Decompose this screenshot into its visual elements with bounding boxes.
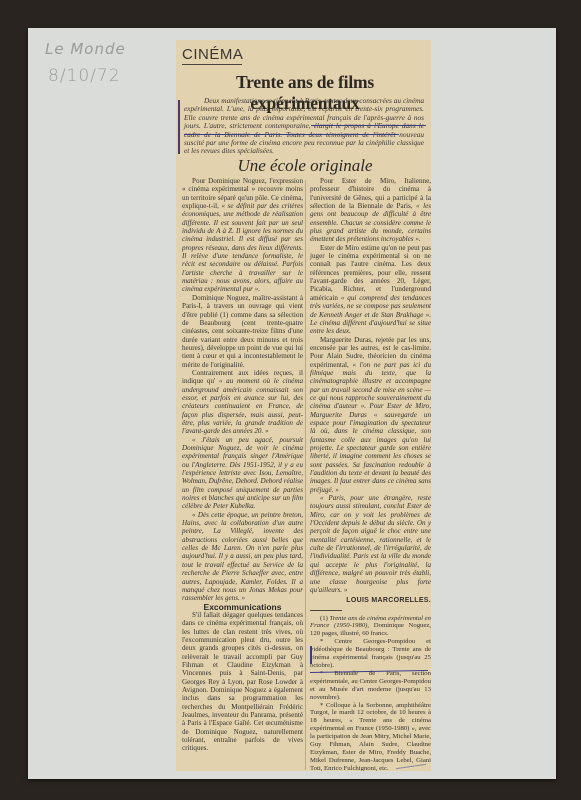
footnote-text: * Biennale de Paris, section expérimenta… xyxy=(310,670,431,701)
footnote: * Colloque à la Sorbonne, amphithéâtre T… xyxy=(310,702,431,772)
paragraph: Contrairement aux idées reçues, il indiq… xyxy=(182,369,303,436)
quotation: « Paris, pour une étrangère, reste toujo… xyxy=(310,494,431,594)
article-lead: Deux manifestations se tiennent à Paris,… xyxy=(184,97,424,156)
paragraph: « Dès cette époque, un peintre breton, H… xyxy=(182,511,303,603)
quotation: « au moment où le cinéma underground amé… xyxy=(182,377,303,435)
footnotes: (1) Trente ans de cinéma expérimental en… xyxy=(310,615,431,771)
newspaper-clipping: CINÉMA Trente ans de films expérimentaux… xyxy=(176,40,431,771)
quotation: « Dès cette époque, un peintre breton, H… xyxy=(182,511,303,602)
quotation: « se définit par des critères économique… xyxy=(182,202,303,293)
footnote-text: (1) xyxy=(320,615,330,622)
footnote-text: * Colloque à la Sorbonne, amphithéâtre T… xyxy=(310,702,431,772)
footnote: * Centre Georges-Pompidou et vidéothèque… xyxy=(310,638,431,670)
paragraph: Pour Ester de Miro, Italienne, professeu… xyxy=(310,177,431,244)
notes-divider xyxy=(310,610,342,611)
pen-underline xyxy=(311,125,426,126)
pen-underline xyxy=(184,134,399,135)
section-kicker: CINÉMA xyxy=(182,46,242,65)
article-subhead: Une école originale xyxy=(180,156,430,176)
left-column: Pour Dominique Noguez, l'expression « ci… xyxy=(182,177,303,753)
paragraph: Pour Dominique Noguez, l'expression « ci… xyxy=(182,177,303,294)
quotation: « l'on ne part pas ici du filmique mais … xyxy=(310,361,431,494)
paragraph: S'il fallait dégager quelques tendances … xyxy=(182,611,303,753)
author-signature: LOUIS MARCORELLES. xyxy=(310,597,431,605)
paragraph: Marguerite Duras, rejetée par les uns, e… xyxy=(310,336,431,495)
right-column: Pour Ester de Miro, Italienne, professeu… xyxy=(310,177,431,771)
handwritten-date-note: 8/10/72 xyxy=(48,66,121,86)
pen-bracket-mark xyxy=(310,646,312,664)
paragraph-text: Pour Ester de Miro, Italienne, professeu… xyxy=(310,177,431,210)
paragraph-text: Dominique Noguez, maître-assistant à Par… xyxy=(182,294,303,369)
footnote: (1) Trente ans de cinéma expérimental en… xyxy=(310,615,431,639)
footnote: * Biennale de Paris, section expérimenta… xyxy=(310,670,431,702)
column-divider xyxy=(305,180,306,770)
paragraph: « Paris, pour une étrangère, reste toujo… xyxy=(310,494,431,594)
paragraph-text: S'il fallait dégager quelques tendances … xyxy=(182,611,303,753)
handwritten-source-note: Le Monde xyxy=(45,40,126,58)
paragraph: « J'étais un peu agacé, poursuit Dominiq… xyxy=(182,436,303,511)
paragraph: Dominique Noguez, maître-assistant à Par… xyxy=(182,294,303,369)
paragraph: Ester de Miro estime qu'on ne peut pas j… xyxy=(310,244,431,336)
quotation: « J'étais un peu agacé, poursuit Dominiq… xyxy=(182,436,303,511)
footnote-text: * Centre Georges-Pompidou et vidéothèque… xyxy=(310,638,431,669)
pen-margin-mark xyxy=(178,100,180,154)
intertitle: Excommunications xyxy=(182,603,303,611)
